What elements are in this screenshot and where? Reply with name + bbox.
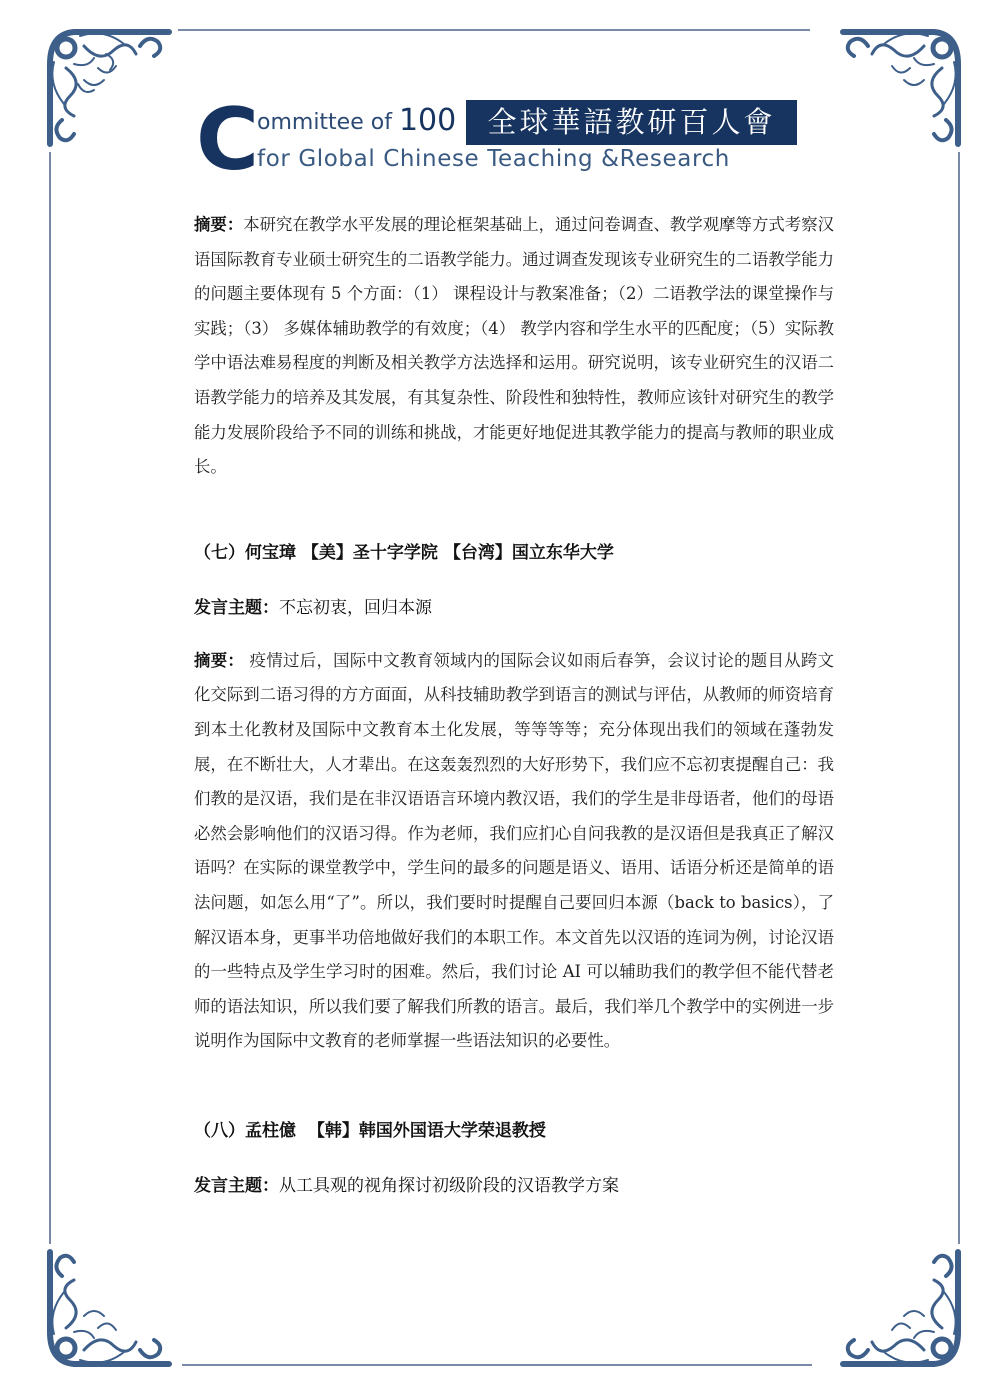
logo-number: 100: [399, 103, 456, 138]
abstract-paragraph-1: 摘要：本研究在教学水平发展的理论框架基础上，通过问卷调查、教学观摩等方式考察汉语…: [194, 208, 834, 485]
corner-ornament-bottom-right-icon: [838, 1242, 968, 1372]
speaker-heading-7: （七）何宝璋 【美】圣十字学院 【台湾】国立东华大学: [194, 538, 834, 563]
abstract-label: 摘要：: [194, 651, 244, 670]
topic-label: 发言主题：: [194, 598, 279, 618]
speech-topic-8: 发言主题：从工具观的视角探讨初级阶段的汉语教学方案: [194, 1171, 834, 1196]
topic-text: 从工具观的视角探讨初级阶段的汉语教学方案: [279, 1176, 619, 1196]
speaker-heading-8: （八）孟柱億 【韩】韩国外国语大学荣退教授: [194, 1116, 834, 1141]
topic-text: 不忘初衷，回归本源: [279, 598, 432, 618]
logo-committee-text: ommittee of 100: [257, 102, 456, 137]
document-body: 摘要：本研究在教学水平发展的理论框架基础上，通过问卷调查、教学观摩等方式考察汉语…: [194, 208, 834, 1196]
corner-ornament-bottom-left-icon: [44, 1242, 174, 1372]
frame-left-line: [49, 152, 51, 1244]
topic-label: 发言主题：: [194, 1176, 279, 1196]
organization-logo: C ommittee of 100 全球華語教研百人會 for Global C…: [196, 98, 806, 180]
corner-ornament-top-right-icon: [838, 24, 968, 154]
speech-topic-7: 发言主题：不忘初衷，回归本源: [194, 593, 834, 618]
logo-committee-words: ommittee of: [257, 110, 399, 135]
abstract-text: 本研究在教学水平发展的理论框架基础上，通过问卷调查、教学观摩等方式考察汉语国际教…: [194, 215, 834, 476]
corner-ornament-top-left-icon: [44, 24, 174, 154]
logo-chinese-name-box: 全球華語教研百人會: [466, 100, 797, 145]
abstract-text: 疫情过后，国际中文教育领域内的国际会议如雨后春笋，会议讨论的题目从跨文化交际到二…: [194, 651, 834, 1051]
abstract-paragraph-7: 摘要： 疫情过后，国际中文教育领域内的国际会议如雨后春笋，会议讨论的题目从跨文化…: [194, 644, 834, 1059]
frame-bottom-line: [182, 1364, 812, 1366]
logo-subtitle: for Global Chinese Teaching &Research: [257, 146, 730, 172]
abstract-label: 摘要：: [194, 215, 243, 234]
logo-c-letter: C: [196, 104, 255, 176]
frame-right-line: [958, 152, 960, 1244]
frame-top-line: [178, 29, 810, 31]
